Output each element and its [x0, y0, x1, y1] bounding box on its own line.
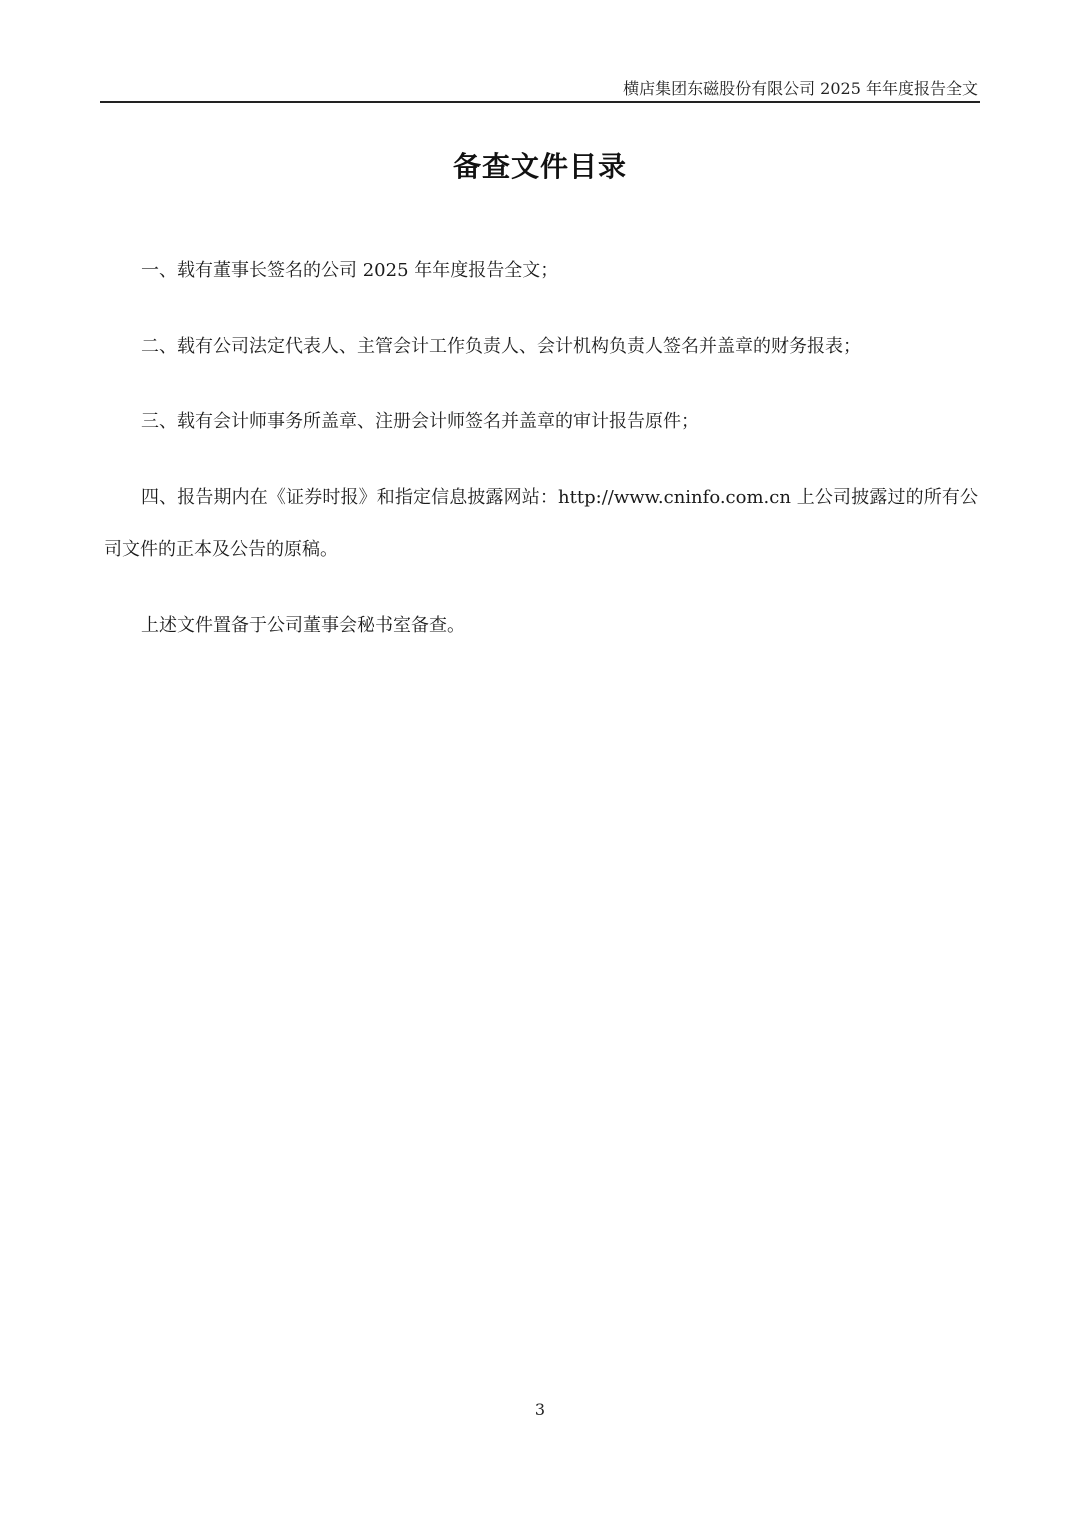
closing-statement: 上述文件置备于公司董事会秘书室备查。 — [104, 600, 978, 652]
list-item-4: 四、报告期内在《证券时报》和指定信息披露网站：http://www.cninfo… — [104, 472, 978, 576]
list-item-3: 三、载有会计师事务所盖章、注册会计师签名并盖章的审计报告原件； — [104, 396, 978, 448]
page-number: 3 — [0, 1400, 1080, 1419]
list-item-1: 一、载有董事长签名的公司 2025 年年度报告全文； — [104, 245, 978, 297]
running-header: 横店集团东磁股份有限公司 2025 年年度报告全文 — [623, 76, 978, 99]
page-title: 备查文件目录 — [0, 145, 1080, 185]
header-divider — [100, 101, 980, 103]
list-item-2: 二、载有公司法定代表人、主管会计工作负责人、会计机构负责人签名并盖章的财务报表； — [104, 321, 978, 373]
